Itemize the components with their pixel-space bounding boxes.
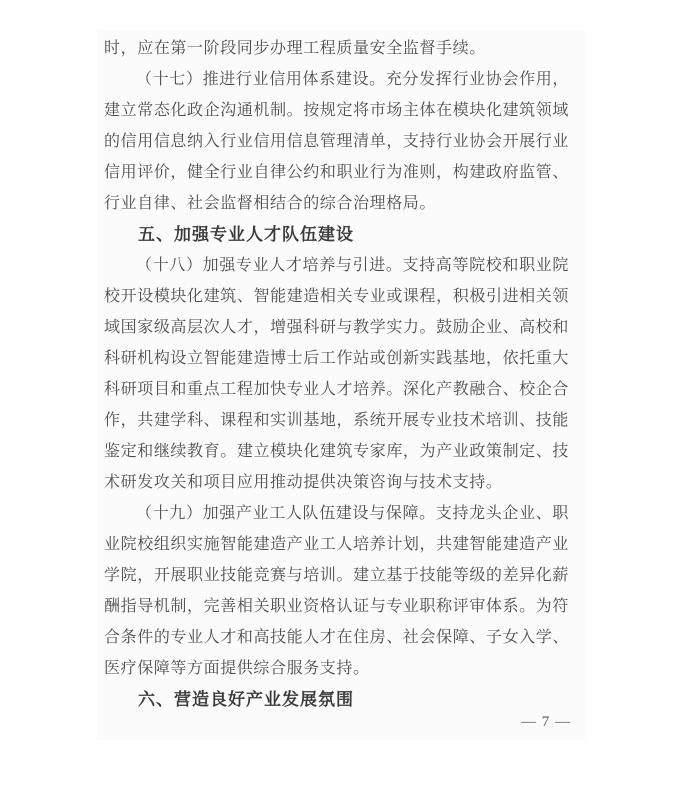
paragraph-continuation: 时，应在第一阶段同步办理工程质量安全监督手续。 bbox=[104, 33, 569, 64]
body-paragraph-17: （十七）推进行业信用体系建设。充分发挥行业协会作用，建立常态化政企沟通机制。按规… bbox=[104, 64, 569, 219]
section-heading-5: 五、加强专业人才队伍建设 bbox=[104, 219, 569, 250]
body-paragraph-18: （十八）加强专业人才培养与引进。支持高等院校和职业院校开设模块化建筑、智能建造相… bbox=[104, 250, 569, 498]
body-paragraph-19: （十九）加强产业工人队伍建设与保障。支持龙头企业、职业院校组织实施智能建造产业工… bbox=[104, 498, 569, 684]
document-page: 时，应在第一阶段同步办理工程质量安全监督手续。 （十七）推进行业信用体系建设。充… bbox=[97, 30, 586, 740]
page-content: 时，应在第一阶段同步办理工程质量安全监督手续。 （十七）推进行业信用体系建设。充… bbox=[104, 33, 569, 715]
section-heading-6: 六、营造良好产业发展氛围 bbox=[104, 684, 569, 715]
page-number: — 7 — bbox=[521, 713, 571, 731]
